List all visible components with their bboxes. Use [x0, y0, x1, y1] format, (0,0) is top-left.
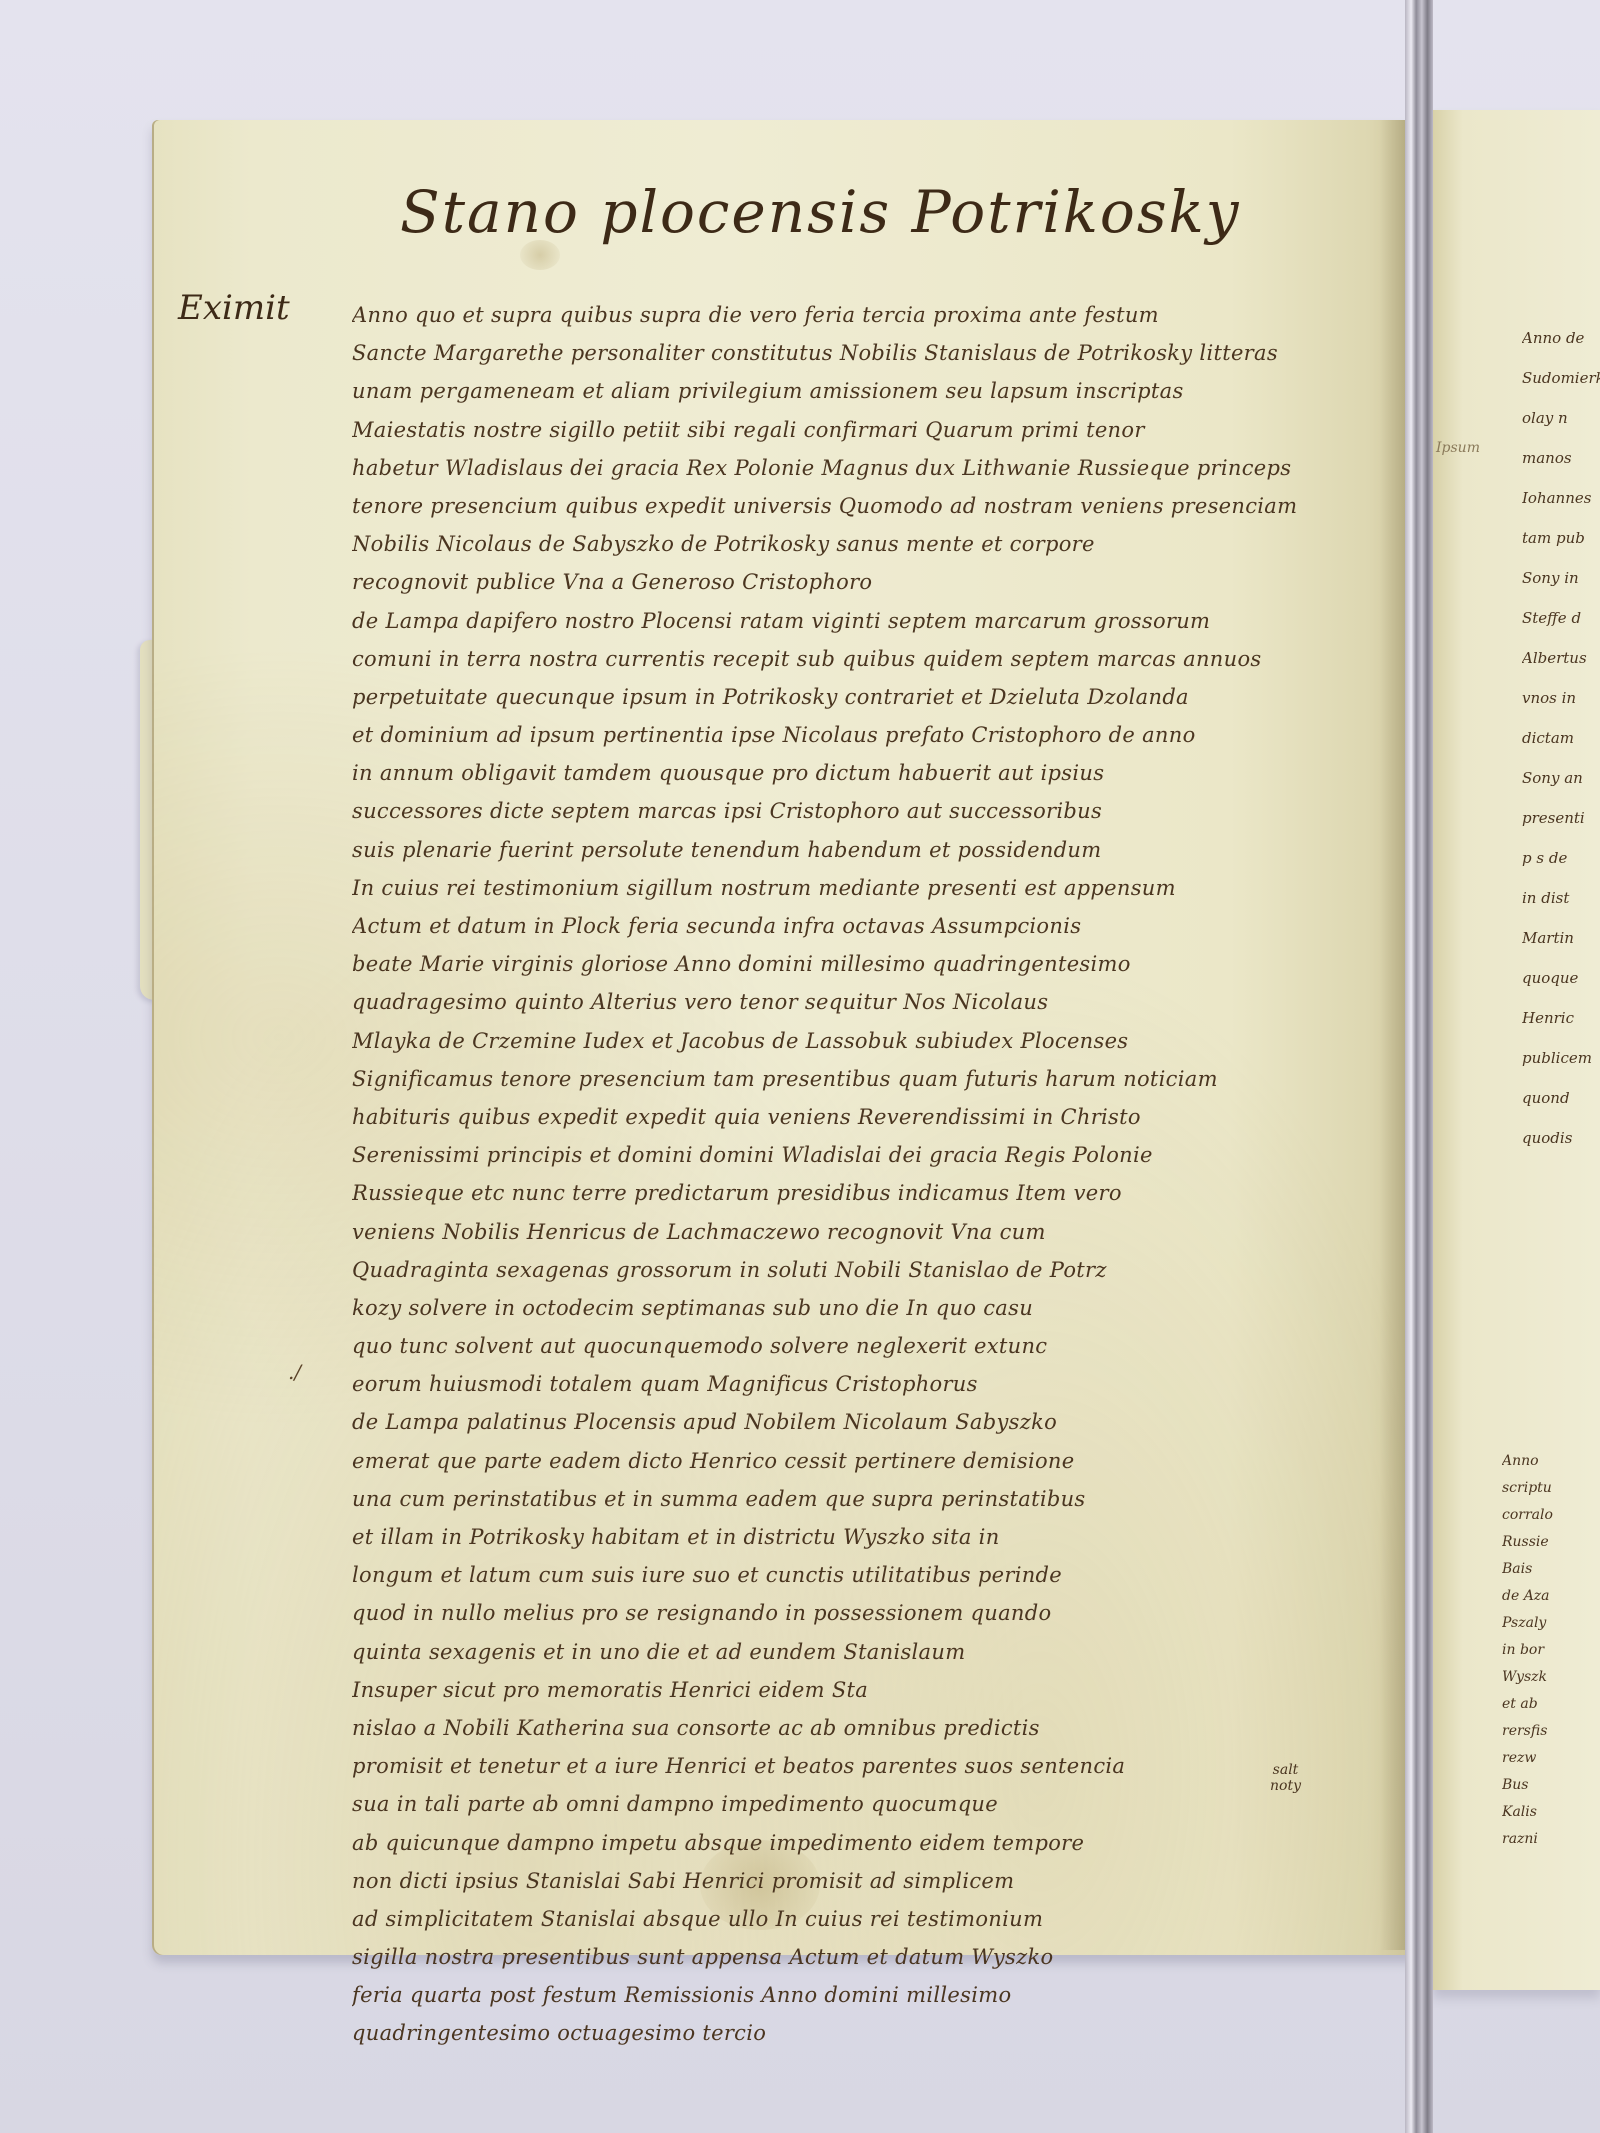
- text-line: promisit et tenetur et a iure Henrici et…: [352, 1747, 1352, 1785]
- text-line: Significamus tenore presencium tam prese…: [352, 1060, 1352, 1098]
- text-line: Martin: [1522, 918, 1600, 958]
- text-line: p s de: [1522, 838, 1600, 878]
- text-line: perpetuitate quecunque ipsum in Potrikos…: [352, 678, 1352, 716]
- text-line: Albertus: [1522, 638, 1600, 678]
- text-line: presenti: [1522, 798, 1600, 838]
- text-line: Sony in: [1522, 558, 1600, 598]
- text-line: Anno quo et supra quibus supra die vero …: [352, 296, 1352, 334]
- text-line: olay n: [1522, 398, 1600, 438]
- text-line: de Aza: [1502, 1583, 1600, 1610]
- right-folio-lower-text: Anno scriptu corralo Russie Bais de Aza …: [1502, 1448, 1600, 1853]
- text-line: et ab: [1502, 1691, 1600, 1718]
- text-line: Anno: [1502, 1448, 1600, 1475]
- text-line: in annum obligavit tamdem quousque pro d…: [352, 754, 1352, 792]
- text-line: dictam: [1522, 718, 1600, 758]
- text-line: ab quicunque dampno impetu absque impedi…: [352, 1824, 1352, 1862]
- text-line: Kalis: [1502, 1799, 1600, 1826]
- text-line: in bor: [1502, 1637, 1600, 1664]
- text-line: Russie: [1502, 1529, 1600, 1556]
- text-line: habetur Wladislaus dei gracia Rex Poloni…: [352, 449, 1352, 487]
- text-line: Sancte Margarethe personaliter constitut…: [352, 334, 1352, 372]
- text-line: publicem: [1522, 1038, 1600, 1078]
- page-heading: Stano plocensis Potrikosky: [400, 178, 1120, 248]
- text-line: kozy solvere in octodecim septimanas sub…: [352, 1289, 1352, 1327]
- text-line: successores dicte septem marcas ipsi Cri…: [352, 792, 1352, 830]
- text-line: Sony an: [1522, 758, 1600, 798]
- signature-line: noty: [1270, 1778, 1301, 1794]
- text-line: quond: [1522, 1078, 1600, 1118]
- text-line: Maiestatis nostre sigillo petiit sibi re…: [352, 411, 1352, 449]
- text-line: Henric: [1522, 998, 1600, 1038]
- text-line: et illam in Potrikosky habitam et in dis…: [352, 1518, 1352, 1556]
- text-line: unam pergameneam et aliam privilegium am…: [352, 372, 1352, 410]
- text-line: Iohannes: [1522, 478, 1600, 518]
- text-line: quo tunc solvent aut quocunquemodo solve…: [352, 1327, 1352, 1365]
- book-gutter-glass-edge: [1405, 0, 1433, 2133]
- gutter-shadow: [1380, 120, 1406, 1950]
- text-line: vnos in: [1522, 678, 1600, 718]
- text-line: emerat que parte eadem dicto Henrico ces…: [352, 1442, 1352, 1480]
- text-line: longum et latum cum suis iure suo et cun…: [352, 1556, 1352, 1594]
- text-line: Serenissimi principis et domini domini W…: [352, 1136, 1352, 1174]
- text-line: Mlayka de Crzemine Iudex et Jacobus de L…: [352, 1022, 1352, 1060]
- text-line: beate Marie virginis gloriose Anno domin…: [352, 945, 1352, 983]
- text-line: Bais: [1502, 1556, 1600, 1583]
- text-line: suis plenarie fuerint persolute tenendum…: [352, 831, 1352, 869]
- text-line: quodis: [1522, 1118, 1600, 1158]
- text-line: non dicti ipsius Stanislai Sabi Henrici …: [352, 1862, 1352, 1900]
- text-line: eorum huiusmodi totalem quam Magnificus …: [352, 1365, 1352, 1403]
- text-line: Insuper sicut pro memoratis Henrici eide…: [352, 1671, 1352, 1709]
- text-line: rersfis: [1502, 1718, 1600, 1745]
- text-line: scriptu: [1502, 1475, 1600, 1502]
- manuscript-body: Anno quo et supra quibus supra die vero …: [352, 296, 1352, 2053]
- text-line: Bus: [1502, 1772, 1600, 1799]
- text-line: corralo: [1502, 1502, 1600, 1529]
- text-line: nislao a Nobili Katherina sua consorte a…: [352, 1709, 1352, 1747]
- text-line: de Lampa dapifero nostro Plocensi ratam …: [352, 602, 1352, 640]
- text-line: de Lampa palatinus Plocensis apud Nobile…: [352, 1403, 1352, 1441]
- text-line: sua in tali parte ab omni dampno impedim…: [352, 1785, 1352, 1823]
- text-line: comuni in terra nostra currentis recepit…: [352, 640, 1352, 678]
- text-line: veniens Nobilis Henricus de Lachmaczewo …: [352, 1213, 1352, 1251]
- text-line: Russieque etc nunc terre predictarum pre…: [352, 1174, 1352, 1212]
- text-line: una cum perinstatibus et in summa eadem …: [352, 1480, 1352, 1518]
- text-line: Pszaly: [1502, 1610, 1600, 1637]
- text-line: Quadraginta sexagenas grossorum in solut…: [352, 1251, 1352, 1289]
- text-line: ad simplicitatem Stanislai absque ullo I…: [352, 1900, 1352, 1938]
- text-line: feria quarta post festum Remissionis Ann…: [352, 1976, 1352, 2014]
- text-line: rezw: [1502, 1745, 1600, 1772]
- text-line: tenore presencium quibus expedit univers…: [352, 487, 1352, 525]
- margin-note: Eximit: [178, 288, 290, 328]
- text-line: Nobilis Nicolaus de Sabyszko de Potrikos…: [352, 525, 1352, 563]
- text-line: Anno de: [1522, 318, 1600, 358]
- text-line: sigilla nostra presentibus sunt appensa …: [352, 1938, 1352, 1976]
- text-line: quoque: [1522, 958, 1600, 998]
- signature-line: salt: [1270, 1762, 1301, 1778]
- right-folio-upper-text: Anno de Sudomierky olay n manos Iohannes…: [1522, 318, 1600, 1158]
- text-line: Actum et datum in Plock feria secunda in…: [352, 907, 1352, 945]
- margin-mark: ./: [288, 1360, 301, 1384]
- text-line: quadringentesimo octuagesimo tercio: [352, 2014, 1352, 2052]
- text-line: quinta sexagenis et in uno die et ad eun…: [352, 1633, 1352, 1671]
- text-line: razni: [1502, 1826, 1600, 1853]
- signature-mark: salt noty: [1270, 1762, 1301, 1794]
- text-line: quod in nullo melius pro se resignando i…: [352, 1594, 1352, 1632]
- right-margin-mark: Ipsum: [1436, 440, 1480, 456]
- text-line: Wyszk: [1502, 1664, 1600, 1691]
- text-line: tam pub: [1522, 518, 1600, 558]
- text-line: quadragesimo quinto Alterius vero tenor …: [352, 983, 1352, 1021]
- text-line: Sudomierky: [1522, 358, 1600, 398]
- text-line: et dominium ad ipsum pertinentia ipse Ni…: [352, 716, 1352, 754]
- text-line: habituris quibus expedit expedit quia ve…: [352, 1098, 1352, 1136]
- text-line: in dist: [1522, 878, 1600, 918]
- text-line: manos: [1522, 438, 1600, 478]
- text-line: Steffe d: [1522, 598, 1600, 638]
- text-line: In cuius rei testimonium sigillum nostru…: [352, 869, 1352, 907]
- text-line: recognovit publice Vna a Generoso Cristo…: [352, 563, 1352, 601]
